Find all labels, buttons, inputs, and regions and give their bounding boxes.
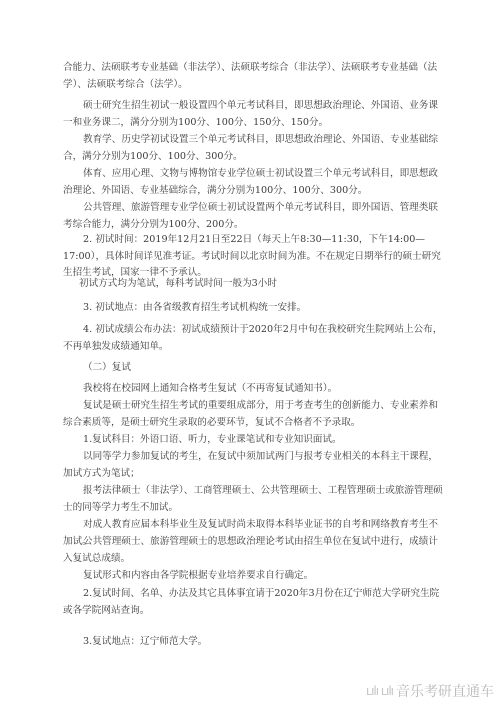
- paragraph-retest-location: 3.复试地点：辽宁师范大学。: [63, 634, 443, 651]
- paragraph-retest-time: 2.复试时间、名单、办法及其它具体事宜请于2020年3月份在辽宁师范大学研究生院…: [63, 586, 443, 619]
- bilibili-logo-icon: ʟılı ʟılı: [366, 684, 393, 698]
- watermark: ʟılı ʟılı 音乐考研直通车: [366, 681, 494, 701]
- watermark-text: 音乐考研直通车: [396, 681, 494, 701]
- retest-info-block: 2.复试时间、名单、办法及其它具体事宜请于2020年3月份在辽宁师范大学研究生院…: [0, 0, 500, 707]
